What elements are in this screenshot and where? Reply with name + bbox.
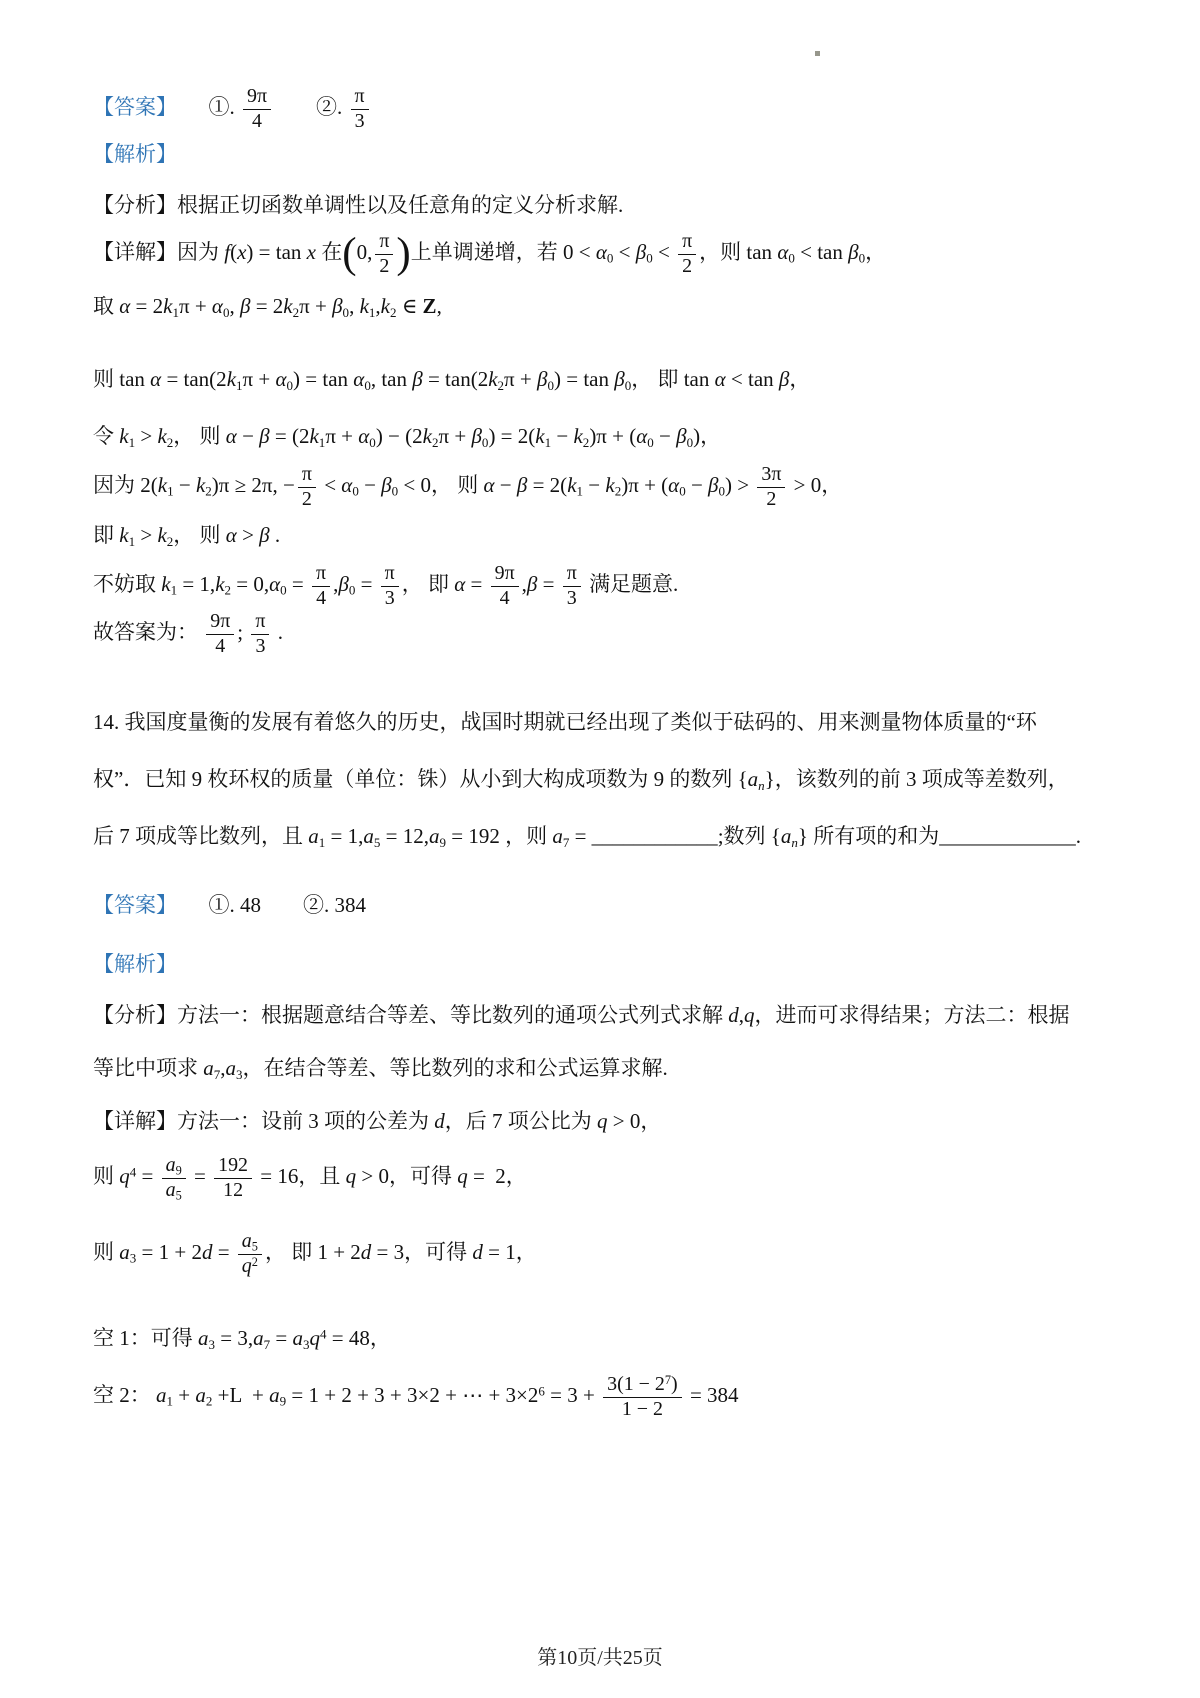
text-run: 因为 <box>93 473 140 497</box>
math-var: a <box>253 1326 264 1350</box>
math-var: a <box>156 1383 167 1407</box>
text-run: ，则 <box>699 240 746 264</box>
math-run: π + <box>243 367 276 391</box>
fraction: 19212 <box>214 1154 252 1202</box>
math-var: q <box>346 1164 357 1188</box>
q14-stem-line-3: 后 7 项成等比数列，且 a1 = 1,a5 = 12,a9 = 192 ，则 … <box>93 820 1112 853</box>
math-var: k <box>567 473 576 497</box>
subscript: 5 <box>176 1189 182 1203</box>
math-var: α <box>341 473 352 497</box>
math-var: a <box>552 824 563 848</box>
math-run: = 3, <box>215 1326 253 1350</box>
math-run: , tan <box>371 367 412 391</box>
math-var: α <box>353 367 364 391</box>
denominator: a5 <box>162 1179 186 1203</box>
denominator: 3 <box>381 587 399 611</box>
fraction: π4 <box>312 562 330 610</box>
text-run <box>261 893 303 917</box>
math-run: π <box>385 562 395 584</box>
math-run: = 384 <box>685 1383 739 1407</box>
document-page: 【答案】 ①. 9π4 ②. π3 【解析】 【分析】根据正切函数单调性以及任意… <box>0 0 1200 1698</box>
math-var: k <box>157 523 166 547</box>
math-run: π + <box>504 367 537 391</box>
math-run: 2 <box>766 488 776 510</box>
stray-mark <box>815 51 820 56</box>
fraction: a5q2 <box>238 1230 262 1278</box>
denominator: 2 <box>298 488 316 512</box>
text-run: 在 <box>316 240 342 264</box>
text-run: ， 则 <box>173 424 226 448</box>
math-run: 3π <box>761 463 781 485</box>
text-run: 【分析】根据正切函数单调性以及任意角的定义分析求解. <box>93 193 623 217</box>
math-var: a <box>226 1056 237 1080</box>
text-run: 不妨取 <box>93 572 161 596</box>
denominator: 2 <box>762 488 780 512</box>
math-run: 3(1 − 2 <box>607 1373 665 1395</box>
text-run: 故答案为： <box>93 620 203 644</box>
math-run: = 1, <box>325 824 363 848</box>
math-run: π + <box>299 294 332 318</box>
subscript: 5 <box>252 1240 258 1254</box>
q13-detail-line-1: 【详解】因为 f(x) = tan x 在(0,π2)上单调递增，若 0 < α… <box>93 230 1112 278</box>
math-var: α <box>275 367 286 391</box>
numerator: 3(1 − 27) <box>603 1373 682 1398</box>
math-run: − <box>583 473 605 497</box>
math-run: . <box>1076 824 1081 848</box>
math-run: = <box>189 1164 211 1188</box>
denominator: 3 <box>563 587 581 611</box>
math-run: = 0, <box>231 572 269 596</box>
math-run: = 1 <box>483 1240 516 1264</box>
math-var: k <box>360 294 369 318</box>
math-var: k <box>573 424 582 448</box>
math-run: < tan <box>795 240 848 264</box>
math-run: + <box>212 1383 229 1407</box>
q13-fenxi-line: 【分析】根据正切函数单调性以及任意角的定义分析求解. <box>93 189 1112 222</box>
numerator: π <box>563 562 581 587</box>
math-var: k <box>157 424 166 448</box>
math-var: a <box>242 1230 252 1252</box>
text-run: ， 即 <box>402 572 455 596</box>
math-var: k <box>535 424 544 448</box>
math-run: ) − (2 <box>376 424 423 448</box>
math-run: } <box>765 767 775 791</box>
numerator: a9 <box>162 1154 186 1179</box>
math-var: a <box>269 1383 280 1407</box>
numerator: 3π <box>757 463 785 488</box>
page-content: 【答案】 ①. 9π4 ②. π3 【解析】 【分析】根据正切函数单调性以及任意… <box>93 85 1112 1422</box>
numerator: 9π <box>243 85 271 110</box>
fraction: π3 <box>351 85 369 133</box>
math-run: 9π <box>495 562 515 584</box>
big-paren-icon: ( <box>342 230 356 277</box>
math-run: 2 <box>379 255 389 277</box>
page-number-text: 第10页/共25页 <box>537 1647 663 1669</box>
q13-detail-line-7: 不妨取 k1 = 1,k2 = 0,α0 = π4,β0 = π3， 即 α =… <box>93 562 1112 610</box>
text-run: 数列 <box>724 824 771 848</box>
math-run: ∈ <box>397 294 423 318</box>
math-var: α <box>212 294 223 318</box>
math-run: π + <box>179 294 212 318</box>
math-run: )π + ( <box>621 473 668 497</box>
math-run: . <box>270 523 281 547</box>
numerator: π <box>251 610 269 635</box>
math-run: = tan(2 <box>161 367 227 391</box>
text-run: ， <box>640 1109 661 1133</box>
math-run: L <box>229 1383 246 1407</box>
math-run: − <box>686 473 708 497</box>
math-var: k <box>283 294 292 318</box>
math-var: d <box>434 1109 445 1133</box>
math-run: = 1 + 2 <box>136 1240 202 1264</box>
math-run: π + <box>439 424 472 448</box>
math-run: 1 + 2 <box>317 1240 360 1264</box>
superscript: 2 <box>252 1255 258 1269</box>
math-var: a <box>748 767 759 791</box>
math-run: = <box>270 1326 292 1350</box>
fraction: 9π4 <box>206 610 234 658</box>
q14-blank2-line: 空 2： a1 + a2 +L + a9 = 1 + 2 + 3 + 3×2 +… <box>93 1373 1112 1421</box>
math-run: ①. 48 <box>209 893 262 917</box>
math-run: tan <box>684 367 715 391</box>
text-run: ，在结合等差、等比数列的求和公式运算求解. <box>243 1056 668 1080</box>
denominator: 4 <box>248 110 266 134</box>
text-run: ， 则 <box>431 473 484 497</box>
math-var: k <box>119 523 128 547</box>
math-var: q <box>457 1164 468 1188</box>
math-run: − <box>237 424 259 448</box>
math-var: β <box>527 572 537 596</box>
math-run: = <box>355 572 377 596</box>
math-var: k <box>158 473 167 497</box>
math-run: − <box>495 473 517 497</box>
math-run: < <box>613 240 635 264</box>
math-var: α <box>269 572 280 596</box>
math-var: α <box>358 424 369 448</box>
math-run: 4 <box>500 587 510 609</box>
numerator: π <box>351 85 369 110</box>
q14-stem-line-1: 14. 我国度量衡的发展有着悠久的历史，战国时期就已经出现了类似于砝码的、用来测… <box>93 706 1112 739</box>
math-run: 2 <box>682 255 692 277</box>
math-var: β <box>636 240 646 264</box>
math-run: > 0 <box>356 1164 389 1188</box>
math-run: > <box>135 523 157 547</box>
math-var: q <box>309 1326 320 1350</box>
section-label: 【答案】 <box>93 95 167 119</box>
page-footer: 第10页/共25页 <box>0 1641 1200 1670</box>
math-run: π <box>682 230 692 252</box>
math-run: ) = tan <box>293 367 353 391</box>
math-run: ; <box>237 620 248 644</box>
math-var: β <box>614 367 624 391</box>
math-run: = <box>465 572 487 596</box>
text-run: ， <box>516 1240 537 1264</box>
math-var: β <box>338 572 348 596</box>
math-run: = 1 + 2 + 3 + 3×2 + ⋯ + 3×2 <box>286 1383 538 1407</box>
math-run: ②. <box>316 95 348 119</box>
numerator: π <box>678 230 696 255</box>
math-run: . <box>272 620 283 644</box>
math-var: β <box>676 424 686 448</box>
math-var: α <box>150 367 161 391</box>
text-run: 即 <box>93 523 119 547</box>
q14-fenxi-line-2: 等比中项求 a7,a3，在结合等差、等比数列的求和公式运算求解. <box>93 1052 1112 1085</box>
text-run: 14. 我国度量衡的发展有着悠久的历史，战国时期就已经出现了类似于砝码的、用来测… <box>93 710 1037 734</box>
q13-detail-line-3: 则 tan α = tan(2k1π + α0) = tan α0, tan β… <box>93 363 1112 396</box>
fraction: 3π2 <box>757 463 785 511</box>
math-run: < <box>653 240 675 264</box>
text-run: 空 1：可得 <box>93 1326 198 1350</box>
math-run: ) = tan <box>554 367 614 391</box>
math-run: 4 <box>316 587 326 609</box>
math-run: = 2 <box>250 294 283 318</box>
math-run: − <box>359 473 381 497</box>
numerator: π <box>381 562 399 587</box>
math-var: q <box>597 1109 608 1133</box>
math-run: ) = 2( <box>488 424 535 448</box>
math-run: = 3 + <box>545 1383 600 1407</box>
denominator: 2 <box>375 255 393 279</box>
math-run: = 2 <box>468 1164 506 1188</box>
math-run: = 48 <box>327 1326 370 1350</box>
math-run: 3 <box>567 587 577 609</box>
fraction: π2 <box>298 463 316 511</box>
text-run: ， <box>370 1326 391 1350</box>
fraction: π2 <box>375 230 393 278</box>
math-var: β <box>471 424 481 448</box>
math-var: a <box>781 824 792 848</box>
math-run: tan <box>746 240 777 264</box>
math-var: β <box>412 367 422 391</box>
text-run: 满足题意. <box>584 572 679 596</box>
text-run <box>274 95 316 119</box>
math-var: k <box>423 424 432 448</box>
numerator: π <box>298 463 316 488</box>
q14-answer-line: 【答案】 ①. 48 ②. 384 <box>93 889 1112 922</box>
math-run: = <box>537 572 559 596</box>
text-run: 【详解】方法一：设前 3 项的公差为 <box>93 1109 434 1133</box>
math-var: d <box>472 1240 483 1264</box>
math-var: α <box>596 240 607 264</box>
text-run: ，可得 <box>389 1164 457 1188</box>
math-run: = <box>287 572 309 596</box>
fraction: 9π4 <box>243 85 271 133</box>
math-var: a <box>166 1179 176 1201</box>
math-var: α <box>636 424 647 448</box>
math-var: a <box>308 824 319 848</box>
math-run: π + <box>325 424 358 448</box>
q14-blank1-line: 空 1：可得 a3 = 3,a7 = a3q4 = 48， <box>93 1322 1112 1355</box>
q13-detail-line-5: 因为 2(k1 − k2)π ≥ 2π, −π2 < α0 − β0 < 0， … <box>93 463 1112 511</box>
math-run: = 3 <box>371 1240 404 1264</box>
math-var: α <box>668 473 679 497</box>
math-run: = 1, <box>177 572 215 596</box>
numerator: π <box>375 230 393 255</box>
text-run: 空 2： <box>93 1383 156 1407</box>
denominator: 4 <box>312 587 330 611</box>
math-var: α <box>119 294 130 318</box>
math-var: β <box>708 473 718 497</box>
denominator: 2 <box>678 255 696 279</box>
text-run: ， <box>789 367 810 391</box>
text-run: 则 <box>93 1240 119 1264</box>
math-run: 2( <box>140 473 158 497</box>
text-run: ， 即 <box>265 1240 318 1264</box>
math-run: 12 <box>223 1179 243 1201</box>
math-var: a <box>363 824 374 848</box>
math-run: } <box>798 824 808 848</box>
text-run: 【详解】因为 <box>93 240 224 264</box>
text-run: 所有项的和为 <box>808 824 939 848</box>
math-run: = <box>136 1164 158 1188</box>
math-run: 3 <box>255 635 265 657</box>
math-var: x <box>307 240 316 264</box>
numerator: 9π <box>491 562 519 587</box>
text-run: ，后 7 项公比为 <box>445 1109 597 1133</box>
q13-answer-line: 【答案】 ①. 9π4 ②. π3 <box>93 85 1112 133</box>
math-run: , <box>437 294 442 318</box>
math-run: − <box>174 473 196 497</box>
math-var: k <box>605 473 614 497</box>
text-run: 上单调递增，若 <box>411 240 563 264</box>
text-run: ，进而可求得结果；方法二：根据 <box>755 1003 1070 1027</box>
text-run: ， 即 <box>631 367 684 391</box>
text-run: 令 <box>93 424 119 448</box>
math-run: tan <box>119 367 150 391</box>
math-run: _____________ <box>939 824 1076 848</box>
math-run: 3 <box>355 110 365 132</box>
math-run: > 0 <box>608 1109 641 1133</box>
math-run: 192 <box>218 1154 248 1176</box>
numerator: 9π <box>206 610 234 635</box>
math-var: k <box>227 367 236 391</box>
math-run: π <box>355 85 365 107</box>
denominator: q2 <box>238 1255 262 1279</box>
denominator: 4 <box>496 587 514 611</box>
text-run: 则 <box>93 367 119 391</box>
denominator: 3 <box>351 110 369 134</box>
math-var: a <box>119 1240 130 1264</box>
text-run: 则 <box>93 1164 119 1188</box>
math-var: a <box>166 1154 176 1176</box>
math-run: = tan(2 <box>423 367 489 391</box>
math-var: d <box>728 1003 739 1027</box>
text-run: 权”．已知 9 枚环权的质量（单位：铢）从小到大构成项数为 9 的数列 <box>93 767 738 791</box>
math-run: ) = tan <box>246 240 306 264</box>
denominator: 3 <box>251 635 269 659</box>
math-var: β <box>381 473 391 497</box>
q13-detail-line-2: 取 α = 2k1π + α0, β = 2k2π + β0, k1,k2 ∈ … <box>93 290 1112 323</box>
math-var: a <box>198 1326 209 1350</box>
math-run: < tan <box>726 367 779 391</box>
math-var: α <box>226 523 237 547</box>
text-run: ，可得 <box>404 1240 472 1264</box>
text-run: ，且 <box>298 1164 345 1188</box>
math-var: β <box>537 367 547 391</box>
q14-stem-line-2: 权”．已知 9 枚环权的质量（单位：铢）从小到大构成项数为 9 的数列 {an}… <box>93 763 1112 796</box>
math-run: 0, <box>357 240 373 264</box>
math-run: 1 − 2 <box>622 1398 663 1420</box>
text-run <box>167 893 209 917</box>
math-run: )π ≥ 2π, − <box>212 473 295 497</box>
math-run: 9π <box>210 610 230 632</box>
fraction: π3 <box>251 610 269 658</box>
denominator: 1 − 2 <box>618 1398 667 1422</box>
math-run: 0 < <box>563 240 596 264</box>
math-var: k <box>161 572 170 596</box>
q13-detail-line-6: 即 k1 > k2， 则 α > β . <box>93 519 1112 552</box>
math-run: )π + ( <box>589 424 636 448</box>
math-var: β <box>779 367 789 391</box>
math-var: α <box>484 473 495 497</box>
math-var: β <box>259 523 269 547</box>
math-run: 4 <box>252 110 262 132</box>
math-run: > <box>135 424 157 448</box>
math-var: k <box>119 424 128 448</box>
fraction: a9a5 <box>162 1154 186 1202</box>
math-var: a <box>203 1056 214 1080</box>
math-run: + <box>247 1383 269 1407</box>
math-run: = <box>212 1240 234 1264</box>
denominator: 4 <box>211 635 229 659</box>
math-run: 9π <box>247 85 267 107</box>
math-run: − <box>654 424 676 448</box>
math-var: k <box>196 473 205 497</box>
text-run: 【分析】方法一：根据题意结合等差、等比数列的通项公式列式求解 <box>93 1003 728 1027</box>
section-label: 【解析】 <box>93 142 177 166</box>
math-bold: Z <box>423 294 437 318</box>
math-run: ①. <box>209 95 241 119</box>
math-run: 4 <box>215 635 225 657</box>
fraction: π2 <box>678 230 696 278</box>
math-var: d <box>202 1240 213 1264</box>
math-run: = (2 <box>270 424 310 448</box>
math-run: π <box>255 610 265 632</box>
text-run: ， 则 <box>173 523 226 547</box>
q14-jiexi-label: 【解析】 <box>93 948 1112 981</box>
text-run <box>167 95 209 119</box>
math-run: π <box>379 230 389 252</box>
big-paren-icon: ) <box>396 230 410 277</box>
denominator: 12 <box>219 1179 247 1203</box>
math-run: < 0 <box>398 473 431 497</box>
q14-detail-line-1: 【详解】方法一：设前 3 项的公差为 d，后 7 项公比为 q > 0， <box>93 1105 1112 1138</box>
math-var: q <box>744 1003 755 1027</box>
fraction: π3 <box>563 562 581 610</box>
math-var: k <box>215 572 224 596</box>
text-run: ， <box>821 473 842 497</box>
math-run: π <box>316 562 326 584</box>
math-var: β <box>240 294 250 318</box>
math-var: k <box>309 424 318 448</box>
math-var: k <box>488 367 497 391</box>
math-run: = ____________ <box>569 824 717 848</box>
subscript: 9 <box>176 1164 182 1178</box>
math-run: = 2 <box>130 294 163 318</box>
math-run: π <box>567 562 577 584</box>
q14-fenxi-line-1: 【分析】方法一：根据题意结合等差、等比数列的通项公式列式求解 d,q，进而可求得… <box>93 999 1112 1032</box>
math-run: = 2( <box>527 473 567 497</box>
math-run: > <box>237 523 259 547</box>
q13-detail-line-4: 令 k1 > k2， 则 α − β = (2k1π + α0) − (2k2π… <box>93 420 1112 453</box>
math-var: a <box>429 824 440 848</box>
math-run: > 0 <box>788 473 821 497</box>
math-run: ) > <box>725 473 754 497</box>
math-run: ) <box>671 1373 678 1395</box>
q14-detail-line-2: 则 q4 = a9a5 = 19212 = 16，且 q > 0，可得 q = … <box>93 1154 1112 1202</box>
math-run: = 12, <box>380 824 429 848</box>
math-var: a <box>195 1383 206 1407</box>
